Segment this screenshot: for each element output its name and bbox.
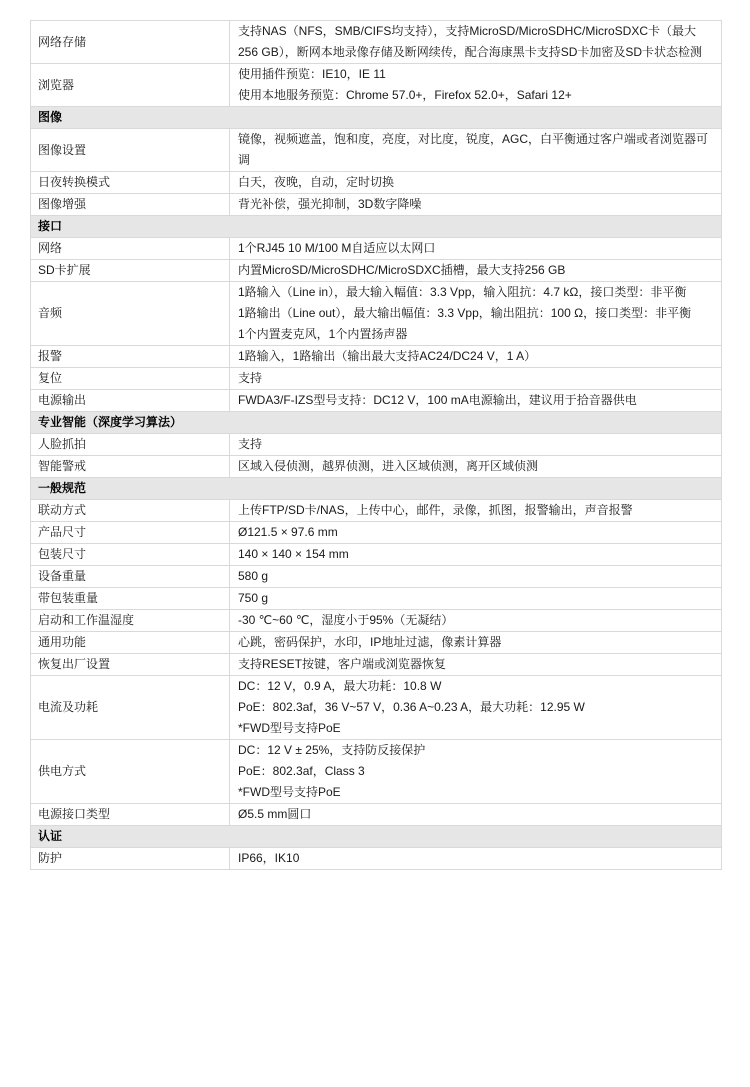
spec-value: 区域入侵侦测，越界侦测，进入区域侦测，离开区域侦测 (229, 456, 721, 477)
table-row: 报警 1路输入，1路输出（输出最大支持AC24/DC24 V，1 A） (31, 346, 721, 368)
table-row: 产品尺寸 Ø121.5 × 97.6 mm (31, 522, 721, 544)
value-line: 支持 (238, 368, 713, 389)
section-header-row: 接口 (31, 216, 721, 238)
table-row: 设备重量 580 g (31, 566, 721, 588)
spec-value: 支持RESET按键，客户端或浏览器恢复 (229, 654, 721, 675)
table-row: 人脸抓拍 支持 (31, 434, 721, 456)
spec-label: 恢复出厂设置 (31, 654, 229, 675)
spec-value: 白天，夜晚，自动，定时切换 (229, 172, 721, 193)
spec-value: 1路输入，1路输出（输出最大支持AC24/DC24 V，1 A） (229, 346, 721, 367)
value-line: DC：12 V，0.9 A，最大功耗：10.8 W (238, 676, 713, 697)
spec-label: 供电方式 (31, 740, 229, 803)
spec-label: 联动方式 (31, 500, 229, 521)
spec-label: 复位 (31, 368, 229, 389)
value-line: 750 g (238, 588, 713, 609)
value-line: 580 g (238, 566, 713, 587)
value-line: 上传FTP/SD卡/NAS，上传中心，邮件，录像，抓图，报警输出，声音报警 (238, 500, 713, 521)
spec-label: SD卡扩展 (31, 260, 229, 281)
table-row: 图像增强 背光补偿，强光抑制，3D数字降噪 (31, 194, 721, 216)
value-line: 镜像，视频遮盖，饱和度，亮度，对比度，锐度，AGC，白平衡通过客户端或者浏览器可… (238, 129, 713, 171)
spec-value: DC：12 V，0.9 A，最大功耗：10.8 WPoE：802.3af，36 … (229, 676, 721, 739)
spec-value: 580 g (229, 566, 721, 587)
spec-value: 支持NAS（NFS，SMB/CIFS均支持），支持MicroSD/MicroSD… (229, 21, 721, 63)
spec-value: Ø5.5 mm圆口 (229, 804, 721, 825)
table-row: 包装尺寸 140 × 140 × 154 mm (31, 544, 721, 566)
spec-label: 浏览器 (31, 64, 229, 106)
spec-label: 设备重量 (31, 566, 229, 587)
spec-label: 包装尺寸 (31, 544, 229, 565)
table-row: 网络存储 支持NAS（NFS，SMB/CIFS均支持），支持MicroSD/Mi… (31, 21, 721, 64)
table-row: 联动方式 上传FTP/SD卡/NAS，上传中心，邮件，录像，抓图，报警输出，声音… (31, 500, 721, 522)
table-row: 启动和工作温湿度 -30 ℃~60 ℃，湿度小于95%（无凝结） (31, 610, 721, 632)
value-line: DC：12 V ± 25%，支持防反接保护 (238, 740, 713, 761)
spec-label: 电源接口类型 (31, 804, 229, 825)
section-title: 图像 (38, 110, 62, 124)
spec-label: 网络 (31, 238, 229, 259)
value-line: *FWD型号支持PoE (238, 718, 713, 739)
value-line: FWDA3/F-IZS型号支持：DC12 V，100 mA电源输出，建议用于拾音… (238, 390, 713, 411)
spec-value: IP66，IK10 (229, 848, 721, 869)
table-row: 智能警戒 区域入侵侦测，越界侦测，进入区域侦测，离开区域侦测 (31, 456, 721, 478)
value-line: 心跳，密码保护，水印，IP地址过滤，像素计算器 (238, 632, 713, 653)
spec-value: 支持 (229, 434, 721, 455)
spec-label: 人脸抓拍 (31, 434, 229, 455)
table-row: 音频 1路输入（Line in），最大输入幅值：3.3 Vpp，输入阻抗：4.7… (31, 282, 721, 346)
value-line: 使用本地服务预览：Chrome 57.0+，Firefox 52.0+，Safa… (238, 85, 713, 106)
value-line: 1个RJ45 10 M/100 M自适应以太网口 (238, 238, 713, 259)
table-row: 电流及功耗 DC：12 V，0.9 A，最大功耗：10.8 WPoE：802.3… (31, 676, 721, 740)
table-row: 电源接口类型 Ø5.5 mm圆口 (31, 804, 721, 826)
value-line: 支持 (238, 434, 713, 455)
value-line: 内置MicroSD/MicroSDHC/MicroSDXC插槽，最大支持256 … (238, 260, 713, 281)
spec-label: 电流及功耗 (31, 676, 229, 739)
spec-value: FWDA3/F-IZS型号支持：DC12 V，100 mA电源输出，建议用于拾音… (229, 390, 721, 411)
spec-label: 智能警戒 (31, 456, 229, 477)
table-row: 日夜转换模式 白天，夜晚，自动，定时切换 (31, 172, 721, 194)
value-line: 1路输入（Line in），最大输入幅值：3.3 Vpp，输入阻抗：4.7 kΩ… (238, 282, 713, 303)
table-row: SD卡扩展 内置MicroSD/MicroSDHC/MicroSDXC插槽，最大… (31, 260, 721, 282)
value-line: 140 × 140 × 154 mm (238, 544, 713, 565)
section-title: 接口 (38, 219, 62, 233)
spec-label: 电源输出 (31, 390, 229, 411)
value-line: 区域入侵侦测，越界侦测，进入区域侦测，离开区域侦测 (238, 456, 713, 477)
value-line: Ø121.5 × 97.6 mm (238, 522, 713, 543)
spec-value: 1个RJ45 10 M/100 M自适应以太网口 (229, 238, 721, 259)
table-row: 通用功能 心跳，密码保护，水印，IP地址过滤，像素计算器 (31, 632, 721, 654)
spec-value: 镜像，视频遮盖，饱和度，亮度，对比度，锐度，AGC，白平衡通过客户端或者浏览器可… (229, 129, 721, 171)
spec-table: 网络存储 支持NAS（NFS，SMB/CIFS均支持），支持MicroSD/Mi… (30, 20, 722, 870)
section-header-row: 一般规范 (31, 478, 721, 500)
table-row: 电源输出 FWDA3/F-IZS型号支持：DC12 V，100 mA电源输出，建… (31, 390, 721, 412)
table-row: 供电方式 DC：12 V ± 25%，支持防反接保护PoE：802.3af，Cl… (31, 740, 721, 804)
table-row: 恢复出厂设置 支持RESET按键，客户端或浏览器恢复 (31, 654, 721, 676)
spec-value: 心跳，密码保护，水印，IP地址过滤，像素计算器 (229, 632, 721, 653)
value-line: *FWD型号支持PoE (238, 782, 713, 803)
spec-label: 报警 (31, 346, 229, 367)
spec-label: 产品尺寸 (31, 522, 229, 543)
spec-label: 通用功能 (31, 632, 229, 653)
value-line: 支持NAS（NFS，SMB/CIFS均支持），支持MicroSD/MicroSD… (238, 21, 713, 63)
spec-value: DC：12 V ± 25%，支持防反接保护PoE：802.3af，Class 3… (229, 740, 721, 803)
spec-value: 内置MicroSD/MicroSDHC/MicroSDXC插槽，最大支持256 … (229, 260, 721, 281)
section-header-row: 专业智能（深度学习算法） (31, 412, 721, 434)
value-line: 白天，夜晚，自动，定时切换 (238, 172, 713, 193)
spec-label: 带包装重量 (31, 588, 229, 609)
section-title: 认证 (38, 829, 62, 843)
spec-value: 上传FTP/SD卡/NAS，上传中心，邮件，录像，抓图，报警输出，声音报警 (229, 500, 721, 521)
section-header-row: 图像 (31, 107, 721, 129)
spec-value: 使用插件预览：IE10，IE 11使用本地服务预览：Chrome 57.0+，F… (229, 64, 721, 106)
section-title: 一般规范 (38, 481, 86, 495)
value-line: PoE：802.3af，Class 3 (238, 761, 713, 782)
spec-label: 音频 (31, 282, 229, 345)
spec-label: 图像设置 (31, 129, 229, 171)
value-line: 背光补偿，强光抑制，3D数字降噪 (238, 194, 713, 215)
value-line: 支持RESET按键，客户端或浏览器恢复 (238, 654, 713, 675)
table-row: 网络 1个RJ45 10 M/100 M自适应以太网口 (31, 238, 721, 260)
value-line: 1路输入，1路输出（输出最大支持AC24/DC24 V，1 A） (238, 346, 713, 367)
table-row: 复位 支持 (31, 368, 721, 390)
spec-label: 图像增强 (31, 194, 229, 215)
value-line: IP66，IK10 (238, 848, 713, 869)
section-header-row: 认证 (31, 826, 721, 848)
spec-label: 启动和工作温湿度 (31, 610, 229, 631)
value-line: Ø5.5 mm圆口 (238, 804, 713, 825)
table-row: 防护 IP66，IK10 (31, 848, 721, 869)
spec-label: 日夜转换模式 (31, 172, 229, 193)
spec-label: 网络存储 (31, 21, 229, 63)
table-row: 带包装重量 750 g (31, 588, 721, 610)
spec-value: 750 g (229, 588, 721, 609)
value-line: PoE：802.3af，36 V~57 V，0.36 A~0.23 A，最大功耗… (238, 697, 713, 718)
value-line: 使用插件预览：IE10，IE 11 (238, 64, 713, 85)
spec-value: 140 × 140 × 154 mm (229, 544, 721, 565)
spec-value: 背光补偿，强光抑制，3D数字降噪 (229, 194, 721, 215)
spec-value: Ø121.5 × 97.6 mm (229, 522, 721, 543)
value-line: 1个内置麦克风，1个内置扬声器 (238, 324, 713, 345)
value-line: -30 ℃~60 ℃，湿度小于95%（无凝结） (238, 610, 713, 631)
spec-value: 1路输入（Line in），最大输入幅值：3.3 Vpp，输入阻抗：4.7 kΩ… (229, 282, 721, 345)
value-line: 1路输出（Line out），最大输出幅值：3.3 Vpp，输出阻抗：100 Ω… (238, 303, 713, 324)
spec-value: 支持 (229, 368, 721, 389)
spec-value: -30 ℃~60 ℃，湿度小于95%（无凝结） (229, 610, 721, 631)
table-row: 图像设置 镜像，视频遮盖，饱和度，亮度，对比度，锐度，AGC，白平衡通过客户端或… (31, 129, 721, 172)
spec-label: 防护 (31, 848, 229, 869)
table-row: 浏览器 使用插件预览：IE10，IE 11使用本地服务预览：Chrome 57.… (31, 64, 721, 107)
section-title: 专业智能（深度学习算法） (38, 415, 182, 429)
